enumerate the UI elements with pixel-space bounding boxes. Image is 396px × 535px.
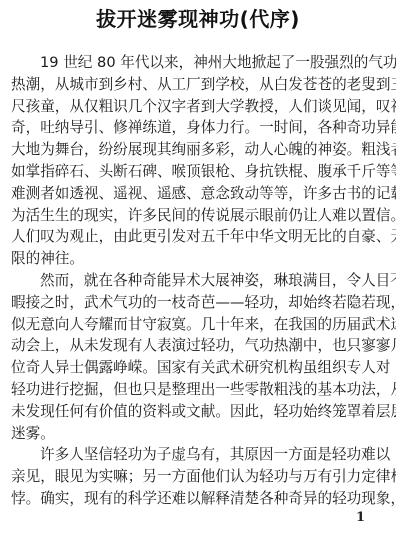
text-line: 奇，吐纳导引、修禅练道，身体力行。一时间，各种奇功异能以 (11, 117, 387, 139)
text-line: 动会上，从未发现有人表演过轻功，气功热潮中，也只寥寥几 (11, 335, 387, 357)
text-line: 如掌指碎石、头断石碑、喉顶银枪、身抗铁棍、腹承千斤等等； (11, 161, 387, 183)
text-line: 热潮，从城市到乡村、从工厂到学校，从白发苍苍的老叟到三 (11, 74, 387, 96)
text-line: 似无意向人夸耀而甘守寂寞。几十年来，在我国的历届武术运 (11, 314, 387, 336)
text-line: 悖。确实，现有的科学还难以解释清楚各种奇异的轻功现象， (11, 488, 387, 510)
text-line: 为活生生的现实，许多民间的传说展示眼前仍让人难以置信。 (11, 205, 387, 227)
text-line: 许多人坚信轻功为子虚乌有，其原因一方面是轻功难以 (11, 444, 387, 466)
text-line: 然而，就在各种奇能异术大展神姿，琳琅满目，令人目不 (11, 270, 387, 292)
page-number: 1 (356, 510, 365, 526)
book-page: 拔开迷雾现神功(代序) 19 世纪 80 年代以来，神州大地掀起了一股强烈的气功… (0, 0, 396, 535)
text-line: 尺孩童，从仅粗识几个汉字者到大学教授，人们谈见闻，叹神 (11, 96, 387, 118)
text-line: 轻功进行挖掘，但也只是整理出一些零散粗浅的基本功法，从 (11, 379, 387, 401)
text-line: 人们叹为观止，由此更引发对五千年中华文明无比的自豪、无 (11, 226, 387, 248)
text-line: 迷雾。 (11, 423, 387, 445)
page-title: 拔开迷雾现神功(代序) (0, 6, 396, 32)
text-line: 19 世纪 80 年代以来，神州大地掀起了一股强烈的气功 (11, 52, 387, 74)
text-line: 暇接之时，武术气功的一枝奇芭——轻功，却始终若隐若现， (11, 292, 387, 314)
text-line: 未发现任何有价值的资料或文献。因此，轻功始终笼罩着层层 (11, 401, 387, 423)
text-line: 大地为舞台，纷纷展现其绚丽多彩，动人心魄的神姿。粗浅者 (11, 139, 387, 161)
text-line: 难测者如透视、遥视、遥感、意念致动等等，许多古书的记载化 (11, 183, 387, 205)
text-line: 限的神往。 (11, 248, 387, 270)
text-line: 亲见，眼见为实嘛；另一方面他们认为轻功与万有引力定律相 (11, 466, 387, 488)
body-text: 19 世纪 80 年代以来，神州大地掀起了一股强烈的气功 热潮，从城市到乡村、从… (11, 52, 387, 510)
text-line: 位奇人异士偶露峥嵘。国家有关武术研究机构虽组织专人对 (11, 357, 387, 379)
